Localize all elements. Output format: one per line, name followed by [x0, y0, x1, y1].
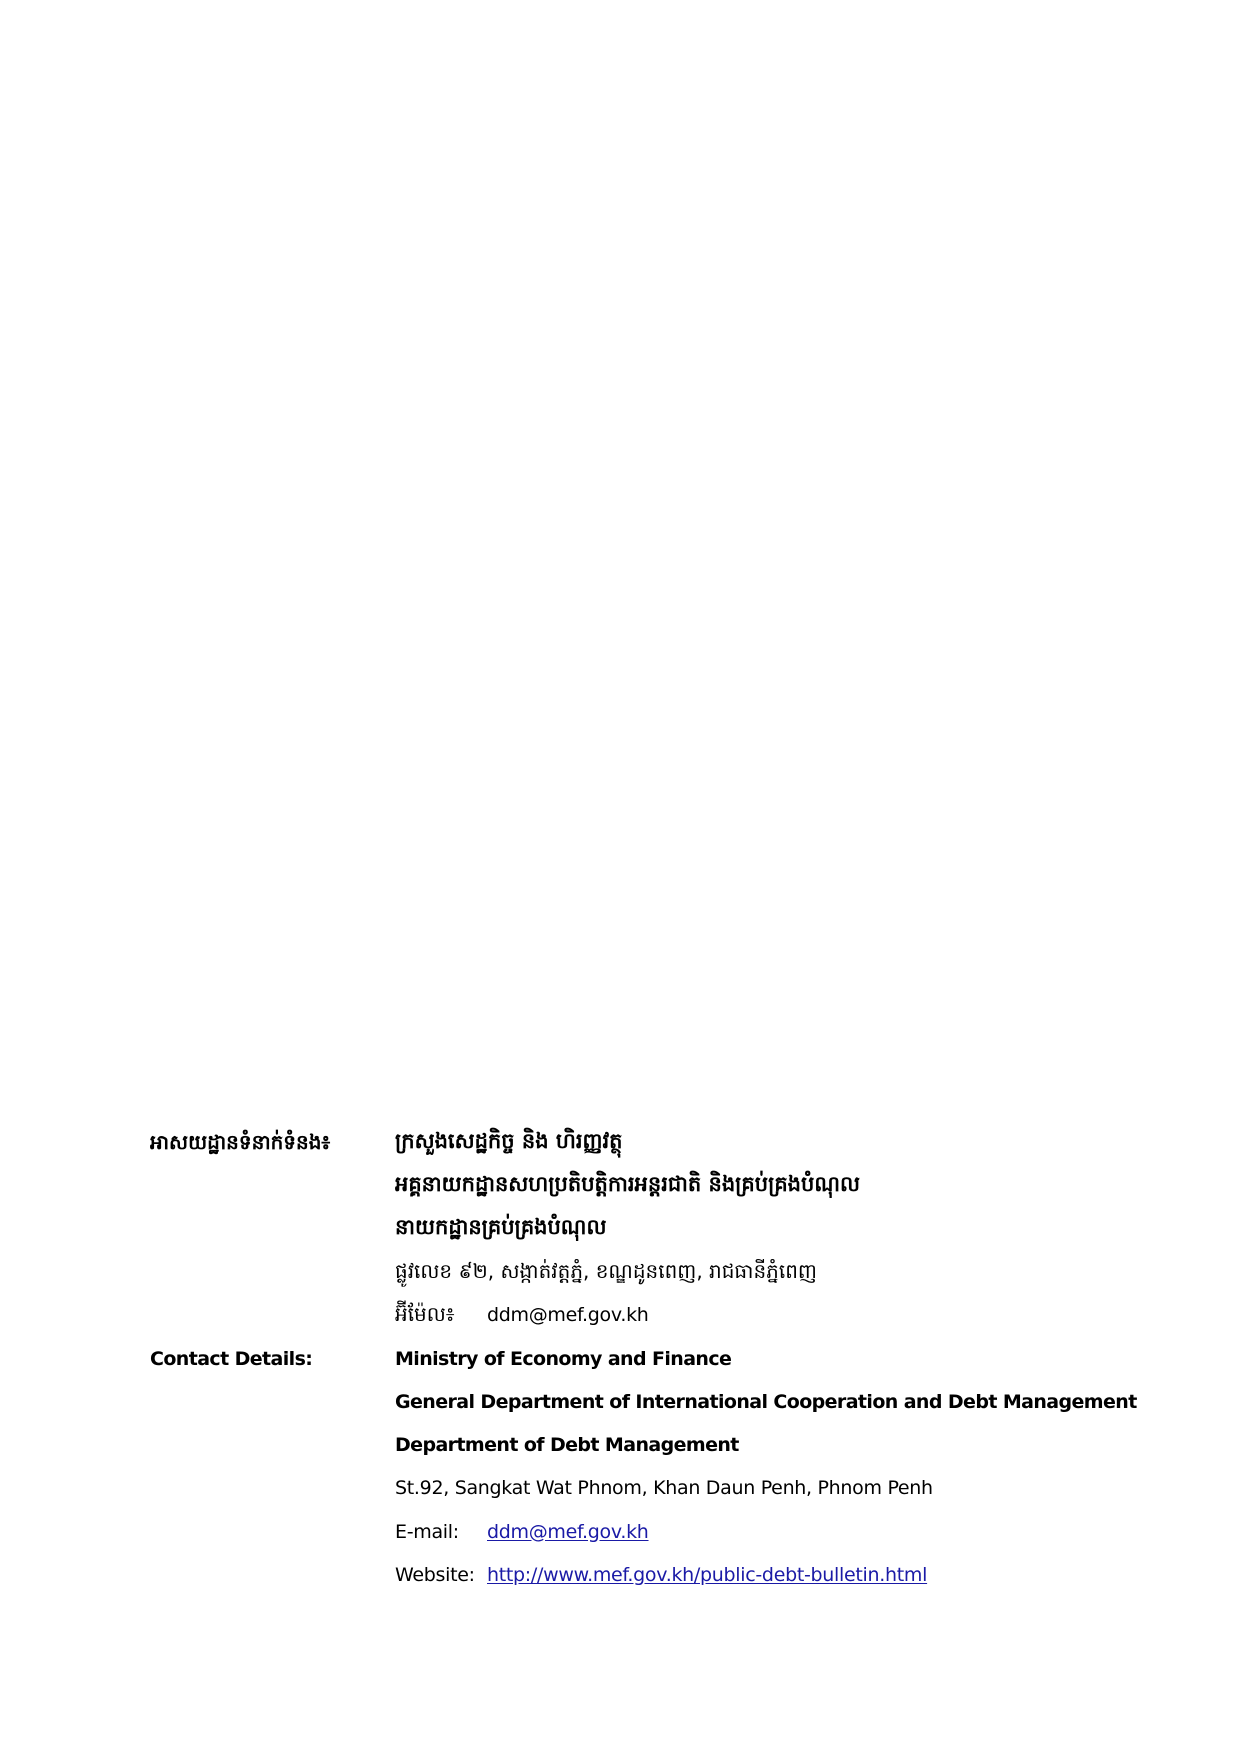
khmer-ministry-name: ក្រសួងសេដ្ឋកិច្ច និង ហិរញ្ញវត្ថុ — [395, 1128, 1130, 1159]
khmer-department-row: នាយកដ្ឋានគ្រប់គ្រងបំណុល — [150, 1208, 1130, 1251]
khmer-general-department-name: អគ្គនាយកដ្ឋានសហប្រតិបត្តិការអន្តរជាតិ និ… — [395, 1171, 1130, 1202]
website-label: Website: — [395, 1564, 487, 1586]
khmer-ministry-row: អាសយដ្ឋានទំនាក់ទំនង៖ ក្រសួងសេដ្ឋកិច្ច និ… — [150, 1122, 1130, 1165]
email-link[interactable]: ddm@mef.gov.kh — [487, 1521, 649, 1543]
website-link[interactable]: http://www.mef.gov.kh/public-debt-bullet… — [487, 1564, 927, 1586]
email-label: E-mail: — [395, 1521, 487, 1543]
ministry-name: Ministry of Economy and Finance — [395, 1348, 1130, 1370]
email-line: E-mail:ddm@mef.gov.kh — [395, 1519, 1130, 1543]
english-general-department-row: General Department of International Coop… — [150, 1380, 1130, 1423]
khmer-address: ផ្លូវលេខ ៩២, សង្កាត់វត្តភ្នំ, ខណ្ឌដូនពេញ… — [395, 1258, 1130, 1288]
khmer-email-value: ddm@mef.gov.kh — [487, 1304, 649, 1326]
department-name: Department of Debt Management — [395, 1434, 1130, 1456]
khmer-email-row: អ៊ីម៉ែល៖ddm@mef.gov.kh — [150, 1294, 1130, 1337]
khmer-email-label: អ៊ីម៉ែល៖ — [395, 1301, 487, 1331]
website-line: Website:http://www.mef.gov.kh/public-deb… — [395, 1562, 1130, 1586]
address: St.92, Sangkat Wat Phnom, Khan Daun Penh… — [395, 1477, 1130, 1499]
khmer-email-line: អ៊ីម៉ែល៖ddm@mef.gov.kh — [395, 1301, 1130, 1331]
general-department-name: General Department of International Coop… — [395, 1391, 1137, 1413]
english-website-row: Website:http://www.mef.gov.kh/public-deb… — [150, 1552, 1130, 1595]
english-department-row: Department of Debt Management — [150, 1423, 1130, 1466]
document-page: អាសយដ្ឋានទំនាក់ទំនង៖ ក្រសួងសេដ្ឋកិច្ច និ… — [0, 0, 1240, 1754]
english-ministry-row: Contact Details: Ministry of Economy and… — [150, 1337, 1130, 1380]
english-email-row: E-mail:ddm@mef.gov.kh — [150, 1509, 1130, 1552]
english-address-row: St.92, Sangkat Wat Phnom, Khan Daun Penh… — [150, 1466, 1130, 1509]
contact-details-label: Contact Details: — [150, 1348, 395, 1370]
khmer-department-name: នាយកដ្ឋានគ្រប់គ្រងបំណុល — [395, 1214, 1130, 1245]
khmer-general-department-row: អគ្គនាយកដ្ឋានសហប្រតិបត្តិការអន្តរជាតិ និ… — [150, 1165, 1130, 1208]
khmer-contact-label: អាសយដ្ឋានទំនាក់ទំនង៖ — [150, 1129, 395, 1159]
khmer-address-row: ផ្លូវលេខ ៩២, សង្កាត់វត្តភ្នំ, ខណ្ឌដូនពេញ… — [150, 1251, 1130, 1294]
contact-block: អាសយដ្ឋានទំនាក់ទំនង៖ ក្រសួងសេដ្ឋកិច្ច និ… — [150, 1122, 1130, 1595]
